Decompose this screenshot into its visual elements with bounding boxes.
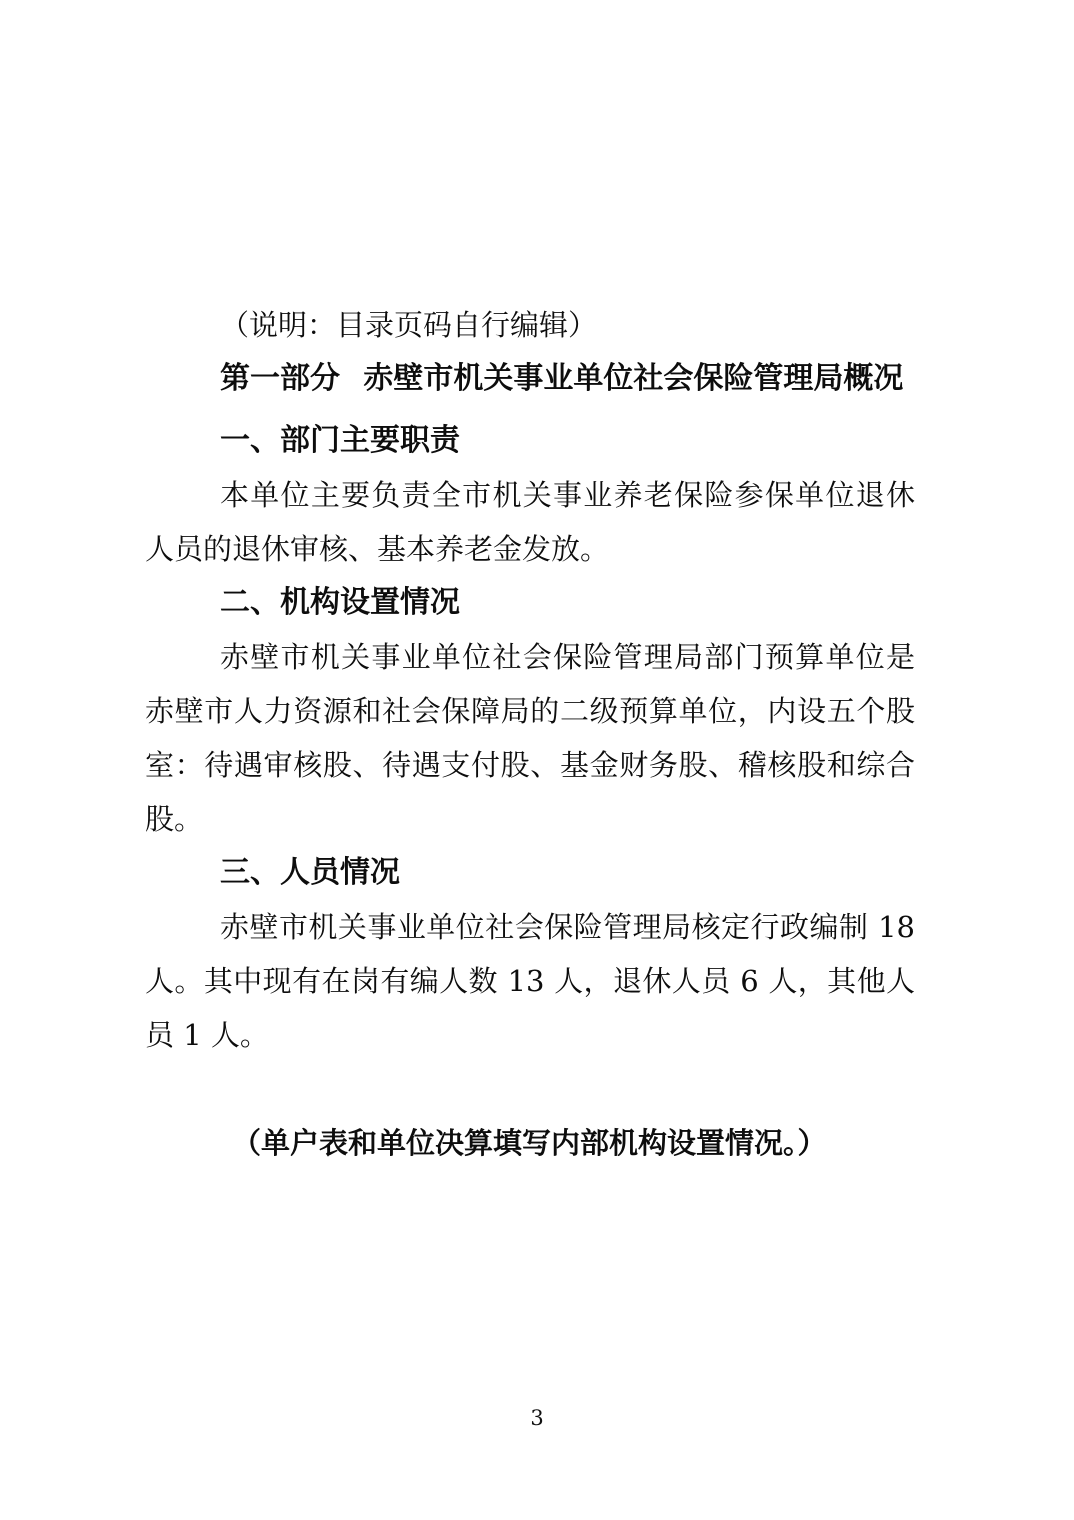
- blank-line: [145, 1062, 915, 1116]
- section-heading-1: 一、部门主要职责: [145, 414, 915, 468]
- part-heading-title: 赤壁市机关事业单位社会保险管理局概况: [363, 352, 903, 406]
- body-line: 赤壁市机关事业单位社会保险管理局部门预算单位是: [145, 630, 915, 684]
- document-body: （说明：目录页码自行编辑） 第一部分 赤壁市机关事业单位社会保险管理局概况 一、…: [145, 298, 915, 1170]
- body-line: 人。其中现有在岗有编人数 13 人，退休人员 6 人，其他人: [145, 954, 915, 1008]
- part-heading: 第一部分 赤壁市机关事业单位社会保险管理局概况: [145, 352, 915, 406]
- body-line: 室：待遇审核股、待遇支付股、基金财务股、稽核股和综合: [145, 738, 915, 792]
- body-line: 本单位主要负责全市机关事业养老保险参保单位退休: [145, 468, 915, 522]
- body-line: 员 1 人。: [145, 1008, 915, 1062]
- section-heading-2: 二、机构设置情况: [145, 576, 915, 630]
- body-line: 人员的退休审核、基本养老金发放。: [145, 522, 915, 576]
- intro-note: （说明：目录页码自行编辑）: [145, 298, 915, 352]
- body-line: 赤壁市人力资源和社会保障局的二级预算单位，内设五个股: [145, 684, 915, 738]
- section-heading-3: 三、人员情况: [145, 846, 915, 900]
- footnote: （单户表和单位决算填写内部机构设置情况。）: [145, 1116, 915, 1170]
- part-heading-label: 第一部分: [220, 352, 340, 406]
- body-line: 赤壁市机关事业单位社会保险管理局核定行政编制 18: [145, 900, 915, 954]
- document-page: （说明：目录页码自行编辑） 第一部分 赤壁市机关事业单位社会保险管理局概况 一、…: [0, 0, 1074, 1520]
- page-number: 3: [0, 1406, 1074, 1430]
- body-line: 股。: [145, 792, 915, 846]
